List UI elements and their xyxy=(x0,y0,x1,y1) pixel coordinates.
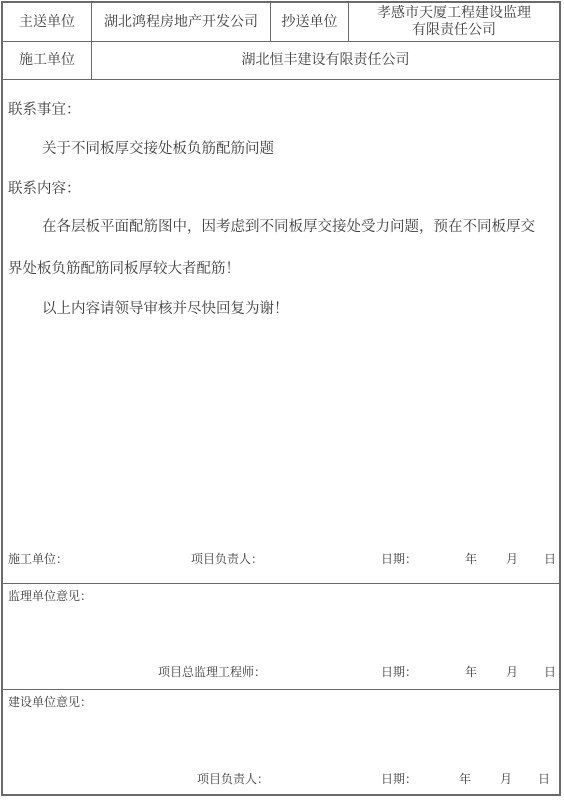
content-paragraph-line1: 在各层板平面配筋图中，因考虑到不同板厚交接处受力问题，预在不同板厚交 xyxy=(42,215,535,236)
owner-date-label: 日期： xyxy=(381,770,417,787)
owner-opinion-label: 建设单位意见： xyxy=(8,693,92,710)
cc-value-line1: 孝感市天厦工程建设监理 xyxy=(377,5,531,22)
contractor-month: 月 xyxy=(506,550,518,567)
owner-person-label: 项目负责人： xyxy=(197,770,269,787)
contractor-day: 日 xyxy=(544,550,556,567)
contractor-value: 湖北恒丰建设有限责任公司 xyxy=(92,42,559,79)
section-divider xyxy=(3,689,559,690)
contact-form: 主送单位 湖北鸿程房地产开发公司 抄送单位 孝感市天厦工程建设监理 有限责任公司… xyxy=(1,1,561,796)
supervisor-date-label: 日期： xyxy=(381,663,417,680)
subject-label: 联系事宜： xyxy=(8,98,81,119)
contractor-person-label: 项目负责人： xyxy=(191,550,263,567)
content-paragraph-line2: 界处板负筋配筋同板厚较大者配筋！ xyxy=(8,257,240,278)
sender-label: 主送单位 xyxy=(3,3,91,41)
contractor-unit-label: 施工单位： xyxy=(8,550,68,567)
owner-year: 年 xyxy=(459,770,471,787)
row-divider xyxy=(3,79,559,80)
contractor-year: 年 xyxy=(465,550,477,567)
closing-text: 以上内容请领导审核并尽快回复为谢！ xyxy=(42,297,289,318)
cc-value: 孝感市天厦工程建设监理 有限责任公司 xyxy=(349,3,559,41)
section-divider xyxy=(3,583,559,584)
cc-value-line2: 有限责任公司 xyxy=(412,22,496,39)
sender-value: 湖北鸿程房地产开发公司 xyxy=(92,3,270,41)
supervisor-opinion-label: 监理单位意见： xyxy=(8,587,92,604)
supervisor-year: 年 xyxy=(465,663,477,680)
contractor-date-label: 日期： xyxy=(381,550,417,567)
content-label: 联系内容： xyxy=(8,177,81,198)
contractor-label: 施工单位 xyxy=(3,42,91,79)
owner-month: 月 xyxy=(500,770,512,787)
cc-label: 抄送单位 xyxy=(271,3,348,41)
owner-day: 日 xyxy=(538,770,550,787)
subject-text: 关于不同板厚交接处板负筋配筋问题 xyxy=(42,137,274,158)
supervisor-day: 日 xyxy=(544,663,556,680)
supervisor-person-label: 项目总监理工程师： xyxy=(158,663,266,680)
supervisor-month: 月 xyxy=(506,663,518,680)
